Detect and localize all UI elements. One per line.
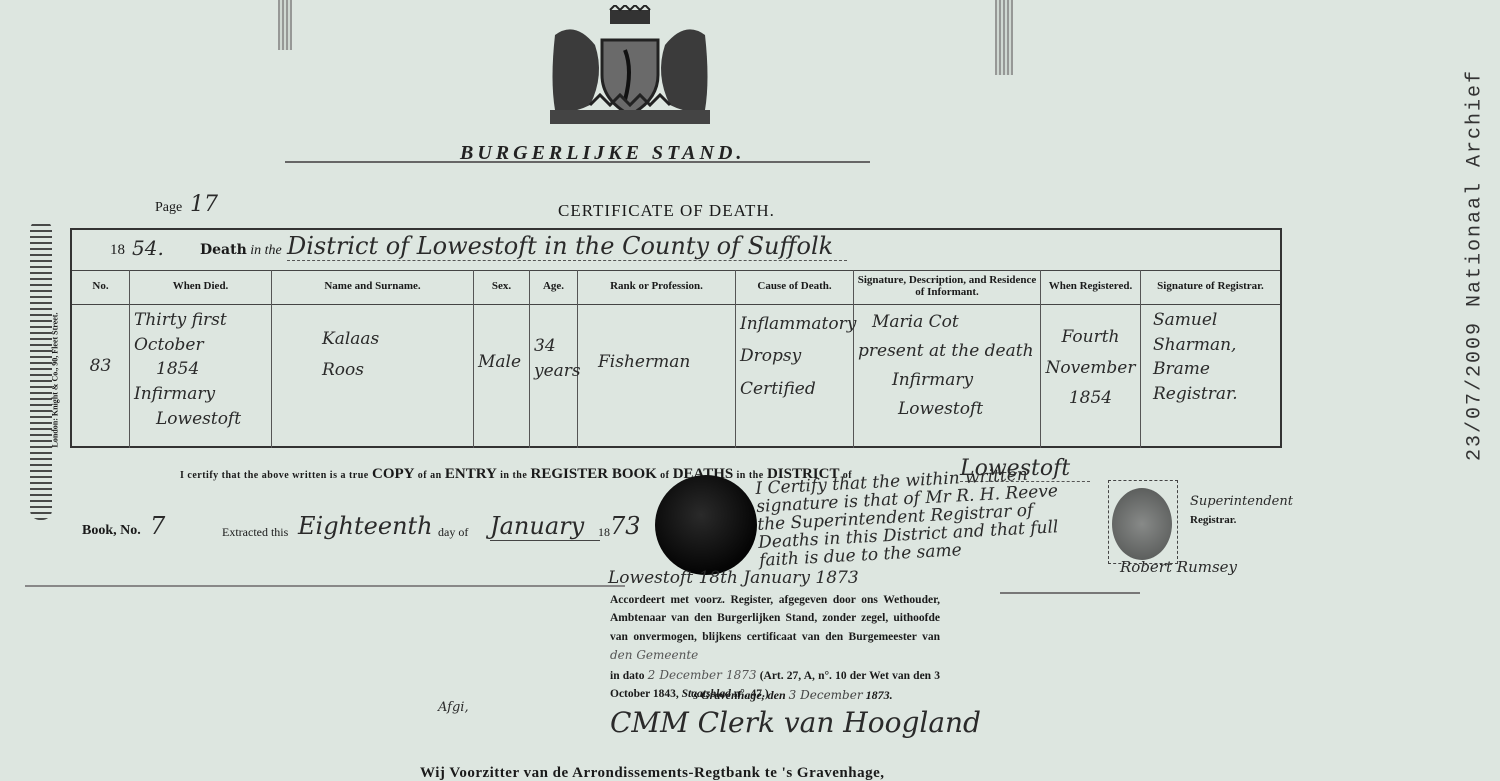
district-value: District of Lowestoft in the County of S… bbox=[287, 232, 847, 261]
death-in-label: Death in the bbox=[200, 242, 282, 259]
cell-informant: Maria Cot present at the death Infirmary… bbox=[854, 304, 1041, 448]
informant-line: Maria Cot bbox=[858, 308, 1036, 337]
page-label: Page bbox=[155, 200, 182, 216]
coat-of-arms-icon bbox=[540, 5, 720, 130]
endorsement-signature: Robert Rumsey bbox=[1120, 558, 1237, 576]
registered-line: Fourth bbox=[1045, 322, 1136, 353]
column-header-rank: Rank or Profession. bbox=[578, 270, 736, 304]
year-value: 54. bbox=[132, 236, 164, 260]
year-prefix: 18 bbox=[110, 242, 125, 259]
extracted-label: Extracted this bbox=[222, 525, 288, 540]
certify-entry: ENTRY bbox=[445, 466, 497, 482]
column-header-informant: Signature, Description, and Residence of… bbox=[854, 270, 1041, 304]
side-mark: Afgi, bbox=[438, 700, 469, 715]
death-register-table: 18 54. Death in the District of Lowestof… bbox=[70, 228, 1282, 448]
certify-of-an: of an bbox=[418, 470, 442, 481]
column-header-sex: Sex. bbox=[474, 270, 530, 304]
cause-line: Certified bbox=[740, 373, 849, 405]
when-died-line: Infirmary bbox=[134, 382, 267, 407]
book-label: Book, No. bbox=[82, 523, 141, 539]
cause-line: Inflammatory bbox=[740, 308, 849, 340]
header-rule bbox=[285, 161, 870, 163]
age-value: 34 bbox=[534, 334, 573, 359]
column-header-when-registered: When Registered. bbox=[1041, 270, 1141, 304]
certify-copy: COPY bbox=[372, 466, 415, 482]
page-number: 17 bbox=[190, 192, 218, 217]
when-died-line: Thirty first bbox=[134, 308, 267, 333]
column-header-age: Age. bbox=[530, 270, 578, 304]
certify-prefix: I certify that the above written is a tr… bbox=[180, 470, 369, 481]
extracted-month: January bbox=[490, 512, 600, 541]
burgemeester-fill: den Gemeente bbox=[610, 648, 698, 662]
informant-line: Infirmary bbox=[858, 366, 1036, 395]
informant-line: Lowestoft bbox=[858, 395, 1036, 424]
registered-line: 1854 bbox=[1045, 383, 1136, 414]
dutch-place-date: 's Gravenhage, den 3 December 1873. bbox=[690, 688, 893, 703]
first-name: Kalaas bbox=[322, 324, 473, 355]
extracted-year: 73 bbox=[610, 512, 641, 540]
scan-artefact bbox=[278, 0, 292, 50]
dutch-signature: CMM Clerk van Hoogland bbox=[610, 706, 981, 739]
dutch-year: 1873. bbox=[866, 688, 893, 702]
table-header-row: No. When Died. Name and Surname. Sex. Ag… bbox=[72, 270, 1280, 305]
scan-artefact bbox=[995, 0, 1013, 75]
surname: Roos bbox=[322, 355, 473, 386]
dutch-date-fill: 3 December bbox=[789, 688, 863, 702]
printer-note: London: Knight & Co., 90, Fleet Street. bbox=[40, 310, 70, 450]
when-died-line: October bbox=[134, 333, 267, 358]
cell-cause: Inflammatory Dropsy Certified bbox=[736, 304, 854, 448]
dutch-legalization-text: Accordeert met voorz. Register, afgegeve… bbox=[610, 591, 940, 703]
column-header-name: Name and Surname. bbox=[272, 270, 474, 304]
printer-note-text: London: Knight & Co., 90, Fleet Street. bbox=[51, 313, 60, 448]
registered-line: November bbox=[1045, 353, 1136, 384]
when-died-line: Lowestoft bbox=[134, 407, 267, 432]
dutch-place: 's Gravenhage, den bbox=[690, 688, 786, 702]
registrar-label: Registrar. bbox=[1190, 514, 1236, 526]
certify-statement: I certify that the above written is a tr… bbox=[180, 466, 852, 483]
cell-registrar: Samuel Sharman, Brame Registrar. bbox=[1141, 304, 1280, 448]
endorsement-place-date: Lowestoft 18th January 1873 bbox=[608, 568, 859, 588]
extracted-day: Eighteenth bbox=[298, 512, 428, 540]
voorzitter-line: Wij Voorzitter van de Arrondissements-Re… bbox=[420, 765, 885, 781]
cell-when-died: Thirty first October 1854 Infirmary Lowe… bbox=[130, 304, 272, 448]
book-number: 7 bbox=[150, 512, 165, 540]
cell-no: 83 bbox=[72, 304, 130, 448]
column-header-when-died: When Died. bbox=[130, 270, 272, 304]
when-died-line: 1854 bbox=[134, 357, 267, 382]
in-dato-fill: 2 December 1873 bbox=[648, 668, 757, 682]
superintendent-label: Superintendent bbox=[1190, 494, 1293, 509]
certify-register-book: REGISTER BOOK bbox=[531, 466, 657, 482]
registrar-line: Sharman, bbox=[1153, 333, 1276, 358]
in-dato-label: in dato bbox=[610, 670, 645, 682]
extracted-year-prefix: 18 bbox=[598, 525, 610, 540]
column-header-no: No. bbox=[72, 270, 130, 304]
death-label: Death bbox=[200, 242, 247, 258]
registrar-line: Samuel bbox=[1153, 308, 1276, 333]
day-of-label: day of bbox=[438, 525, 468, 540]
revenue-stamp-icon bbox=[1112, 488, 1172, 560]
endorsement-text: I Certify that the within written signat… bbox=[755, 463, 1079, 570]
certify-in-the: in the bbox=[500, 470, 527, 481]
wax-seal-icon bbox=[655, 475, 757, 575]
age-unit: years bbox=[534, 359, 573, 384]
cell-name: Kalaas Roos bbox=[272, 304, 474, 448]
certificate-title: CERTIFICATE OF DEATH. bbox=[558, 201, 775, 221]
cell-when-registered: Fourth November 1854 bbox=[1041, 304, 1141, 448]
archive-stamp-text: 23/07/2009 Nationaal Archief bbox=[1464, 69, 1487, 461]
registrar-line: Registrar. bbox=[1153, 382, 1276, 407]
registrar-line: Brame bbox=[1153, 357, 1276, 382]
certify-of: of bbox=[660, 470, 669, 481]
in-the-label: in the bbox=[250, 243, 282, 258]
divider bbox=[1000, 592, 1140, 594]
table-row: 83 Thirty first October 1854 Infirmary L… bbox=[72, 304, 1280, 448]
column-header-cause: Cause of Death. bbox=[736, 270, 854, 304]
cause-line: Dropsy bbox=[740, 340, 849, 372]
cell-sex: Male bbox=[474, 304, 530, 448]
dutch-line: Accordeert met voorz. Register, afgegeve… bbox=[610, 594, 940, 643]
cell-age: 34 years bbox=[530, 304, 578, 448]
informant-line: present at the death bbox=[858, 337, 1036, 366]
year-row: 18 54. Death in the District of Lowestof… bbox=[72, 230, 1280, 271]
divider bbox=[25, 585, 625, 587]
column-header-registrar: Signature of Registrar. bbox=[1141, 270, 1280, 304]
cell-rank: Fisherman bbox=[578, 304, 736, 448]
archive-stamp: 23/07/2009 Nationaal Archief bbox=[1455, 40, 1495, 490]
